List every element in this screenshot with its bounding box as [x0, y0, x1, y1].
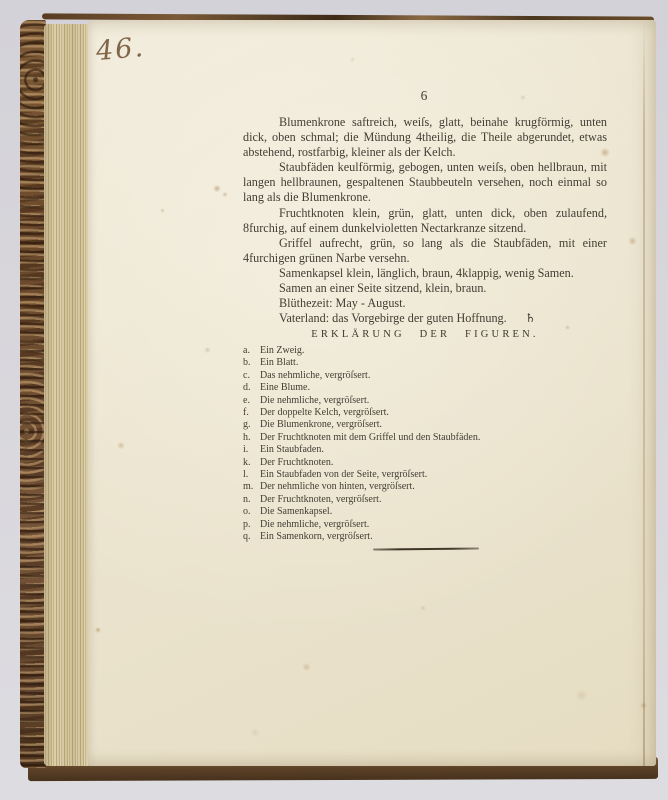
foxing-spot: [117, 442, 125, 449]
paragraph-fruchtknoten: Fruchtknoten klein, grün, glatt, unten d…: [243, 206, 607, 236]
page-gutter-fold: [643, 20, 645, 766]
figures-legend: ERKLÄRUNG DER FIGUREN. a.Ein Zweig. b.Ei…: [243, 329, 607, 550]
figure-item-c: c.Das nehmliche, vergröſsert.: [243, 370, 607, 382]
figure-letter: i.: [243, 444, 260, 456]
figure-item-o: o.Die Samenkapsel.: [243, 506, 607, 518]
figure-item-k: k.Der Fruchtknoten.: [243, 457, 607, 469]
foxing-spot: [222, 192, 228, 197]
figure-letter: e.: [243, 395, 260, 407]
figure-letter: k.: [243, 457, 260, 469]
foxing-spot: [213, 185, 221, 192]
figure-caption: Ein Staubfaden von der Seite, vergröſser…: [260, 469, 427, 480]
figure-item-e: e.Die nehmliche, vergröſsert.: [243, 395, 607, 407]
foxing-spot: [628, 237, 637, 245]
figure-caption: Ein Samenkorn, vergröſsert.: [260, 531, 373, 542]
figure-item-a: a.Ein Zweig.: [243, 345, 607, 357]
figure-caption: Die Blumenkrone, vergröſsert.: [260, 419, 382, 430]
figure-item-q: q.Ein Samenkorn, vergröſsert.: [243, 531, 607, 543]
figure-letter: p.: [243, 519, 260, 531]
foxing-spot: [350, 57, 355, 62]
figure-letter: h.: [243, 432, 260, 444]
figure-caption: Ein Zweig.: [260, 345, 304, 356]
figure-caption: Ein Blatt.: [260, 357, 298, 368]
figure-caption: Eine Blume.: [260, 382, 310, 393]
figure-caption: Die nehmliche, vergröſsert.: [260, 519, 369, 530]
paragraph-samenkapsel: Samenkapsel klein, länglich, braun, 4kla…: [243, 266, 607, 281]
foxing-spot: [420, 605, 426, 611]
figure-caption: Der nehmliche von hinten, vergröſsert.: [260, 481, 415, 492]
figure-letter: d.: [243, 382, 260, 394]
paragraph-staubfaeden: Staubfäden keulförmig, gebogen, unten we…: [243, 160, 607, 205]
figure-letter: q.: [243, 531, 260, 543]
paragraph-bluethezeit: Blüthezeit: May - August.: [243, 296, 607, 311]
figure-caption: Der Fruchtknoten.: [260, 457, 333, 468]
figure-caption: Der Fruchtknoten mit dem Griffel und den…: [260, 432, 480, 443]
paragraph-blumenkrone: Blumenkrone saftreich, weiſs, glatt, bei…: [243, 115, 607, 160]
figure-letter: n.: [243, 494, 260, 506]
figure-caption: Die Samenkapsel.: [260, 506, 332, 517]
foxing-spot: [600, 148, 610, 157]
figure-letter: m.: [243, 481, 260, 493]
book-page: 46. 6 Blumenkrone saftreich, weiſs, glat…: [88, 20, 656, 766]
foxing-spot: [95, 627, 101, 633]
figure-item-f: f.Der doppelte Kelch, vergröſsert.: [243, 407, 607, 419]
foxing-spot: [160, 208, 165, 213]
figure-caption: Das nehmliche, vergröſsert.: [260, 370, 370, 381]
figure-letter: b.: [243, 357, 260, 369]
figure-item-h: h.Der Fruchtknoten mit dem Griffel und d…: [243, 432, 607, 444]
figure-item-i: i.Ein Staubfaden.: [243, 444, 607, 456]
foxing-spot: [640, 702, 647, 709]
marbled-cover-edge: [20, 20, 46, 768]
figure-item-b: b.Ein Blatt.: [243, 357, 607, 369]
page-stack-fore-edge: [44, 24, 90, 766]
figure-letter: o.: [243, 506, 260, 518]
foxing-spot: [520, 95, 526, 100]
foxing-spot: [565, 325, 570, 330]
figure-letter: f.: [243, 407, 260, 419]
figure-letter: a.: [243, 345, 260, 357]
figure-caption: Der Fruchtknoten, vergröſsert.: [260, 494, 381, 505]
paragraph-samen: Samen an einer Seite sitzend, klein, bra…: [243, 281, 607, 296]
figure-letter: l.: [243, 469, 260, 481]
foxing-spot: [302, 663, 311, 671]
section-end-rule: [373, 547, 479, 550]
foxing-spot: [575, 690, 588, 701]
figure-item-m: m.Der nehmliche von hinten, vergröſsert.: [243, 481, 607, 493]
body-text-block: Blumenkrone saftreich, weiſs, glatt, bei…: [243, 115, 607, 326]
foxing-spot: [204, 347, 211, 353]
figure-caption: Ein Staubfaden.: [260, 444, 324, 455]
paragraph-griffel: Griffel aufrecht, grün, so lang als die …: [243, 236, 607, 266]
figure-item-d: d.Eine Blume.: [243, 382, 607, 394]
figures-heading: ERKLÄRUNG DER FIGUREN.: [243, 329, 607, 340]
figure-item-n: n.Der Fruchtknoten, vergröſsert.: [243, 494, 607, 506]
handwritten-folio-number: 46.: [95, 32, 146, 67]
printed-page-number: 6: [243, 88, 605, 104]
figure-item-l: l.Ein Staubfaden von der Seite, vergröſs…: [243, 469, 607, 481]
paragraph-vaterland: Vaterland: das Vorgebirge der guten Hoff…: [243, 311, 607, 326]
figure-letter: c.: [243, 370, 260, 382]
book-scan: 46. 6 Blumenkrone saftreich, weiſs, glat…: [0, 0, 668, 800]
foxing-spot: [250, 728, 260, 737]
figure-caption: Der doppelte Kelch, vergröſsert.: [260, 407, 389, 418]
figure-item-p: p.Die nehmliche, vergröſsert.: [243, 519, 607, 531]
figure-letter: g.: [243, 419, 260, 431]
figure-caption: Die nehmliche, vergröſsert.: [260, 395, 369, 406]
figure-item-g: g.Die Blumenkrone, vergröſsert.: [243, 419, 607, 431]
